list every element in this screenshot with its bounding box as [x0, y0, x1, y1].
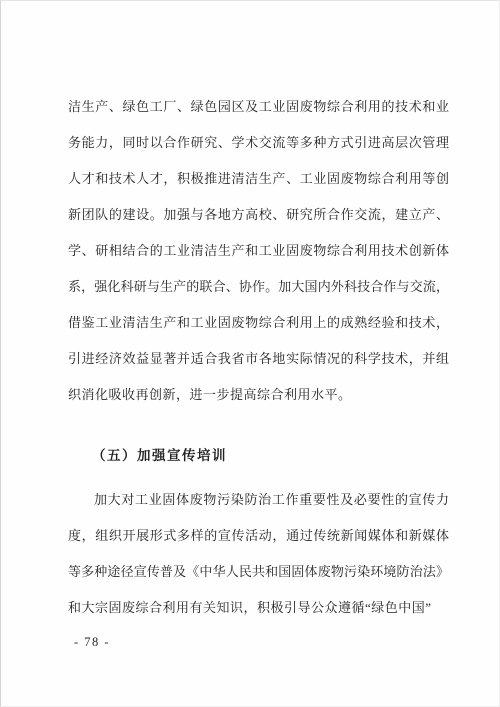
text-line: 度，组织开展形式多样的宣传活动，通过传统新闻媒体和新媒体	[68, 518, 449, 554]
paragraph-publicity-training: 加大对工业固体废物污染防治工作重要性及必要性的宣传力 度，组织开展形式多样的宣传…	[68, 482, 449, 626]
section-heading: （五）加强宣传培训	[68, 438, 449, 474]
text-line: 引进经济效益显著并适合我省市各地实际情况的科学技术，并组	[68, 341, 449, 377]
text-line: 借鉴工业清洁生产和工业固废物综合利用上的成熟经验和技术，	[68, 305, 449, 341]
text-line: 和大宗固废综合利用有关知识，积极引导公众遵循“绿色中国”	[68, 590, 449, 626]
text-line: 洁生产、绿色工厂、绿色园区及工业固废物综合利用的技术和业	[68, 89, 449, 125]
text-line: 等多种途径宣传普及《中华人民共和国固体废物污染环境防治法》	[68, 554, 449, 590]
text-line: 系，强化科研与生产的联合、协作。加大国内外科技合作与交流，	[68, 269, 449, 305]
page-number: - 78 -	[74, 631, 110, 653]
document-page: 洁生产、绿色工厂、绿色园区及工业固废物综合利用的技术和业 务能力，同时以合作研究…	[0, 0, 500, 707]
paragraph-continuation: 洁生产、绿色工厂、绿色园区及工业固废物综合利用的技术和业 务能力，同时以合作研究…	[68, 89, 449, 413]
text-line: 新团队的建设。加强与各地方高校、研究所合作交流，建立产、	[68, 197, 449, 233]
text-line: 学、研相结合的工业清洁生产和工业固废物综合利用技术创新体	[68, 233, 449, 269]
text-line: 人才和技术人才，积极推进清洁生产、工业固废物综合利用等创	[68, 161, 449, 197]
text-line: 加大对工业固体废物污染防治工作重要性及必要性的宣传力	[68, 482, 449, 518]
text-line: 织消化吸收再创新，进一步提高综合利用水平。	[68, 377, 449, 413]
text-line: 务能力，同时以合作研究、学术交流等多种方式引进高层次管理	[68, 125, 449, 161]
